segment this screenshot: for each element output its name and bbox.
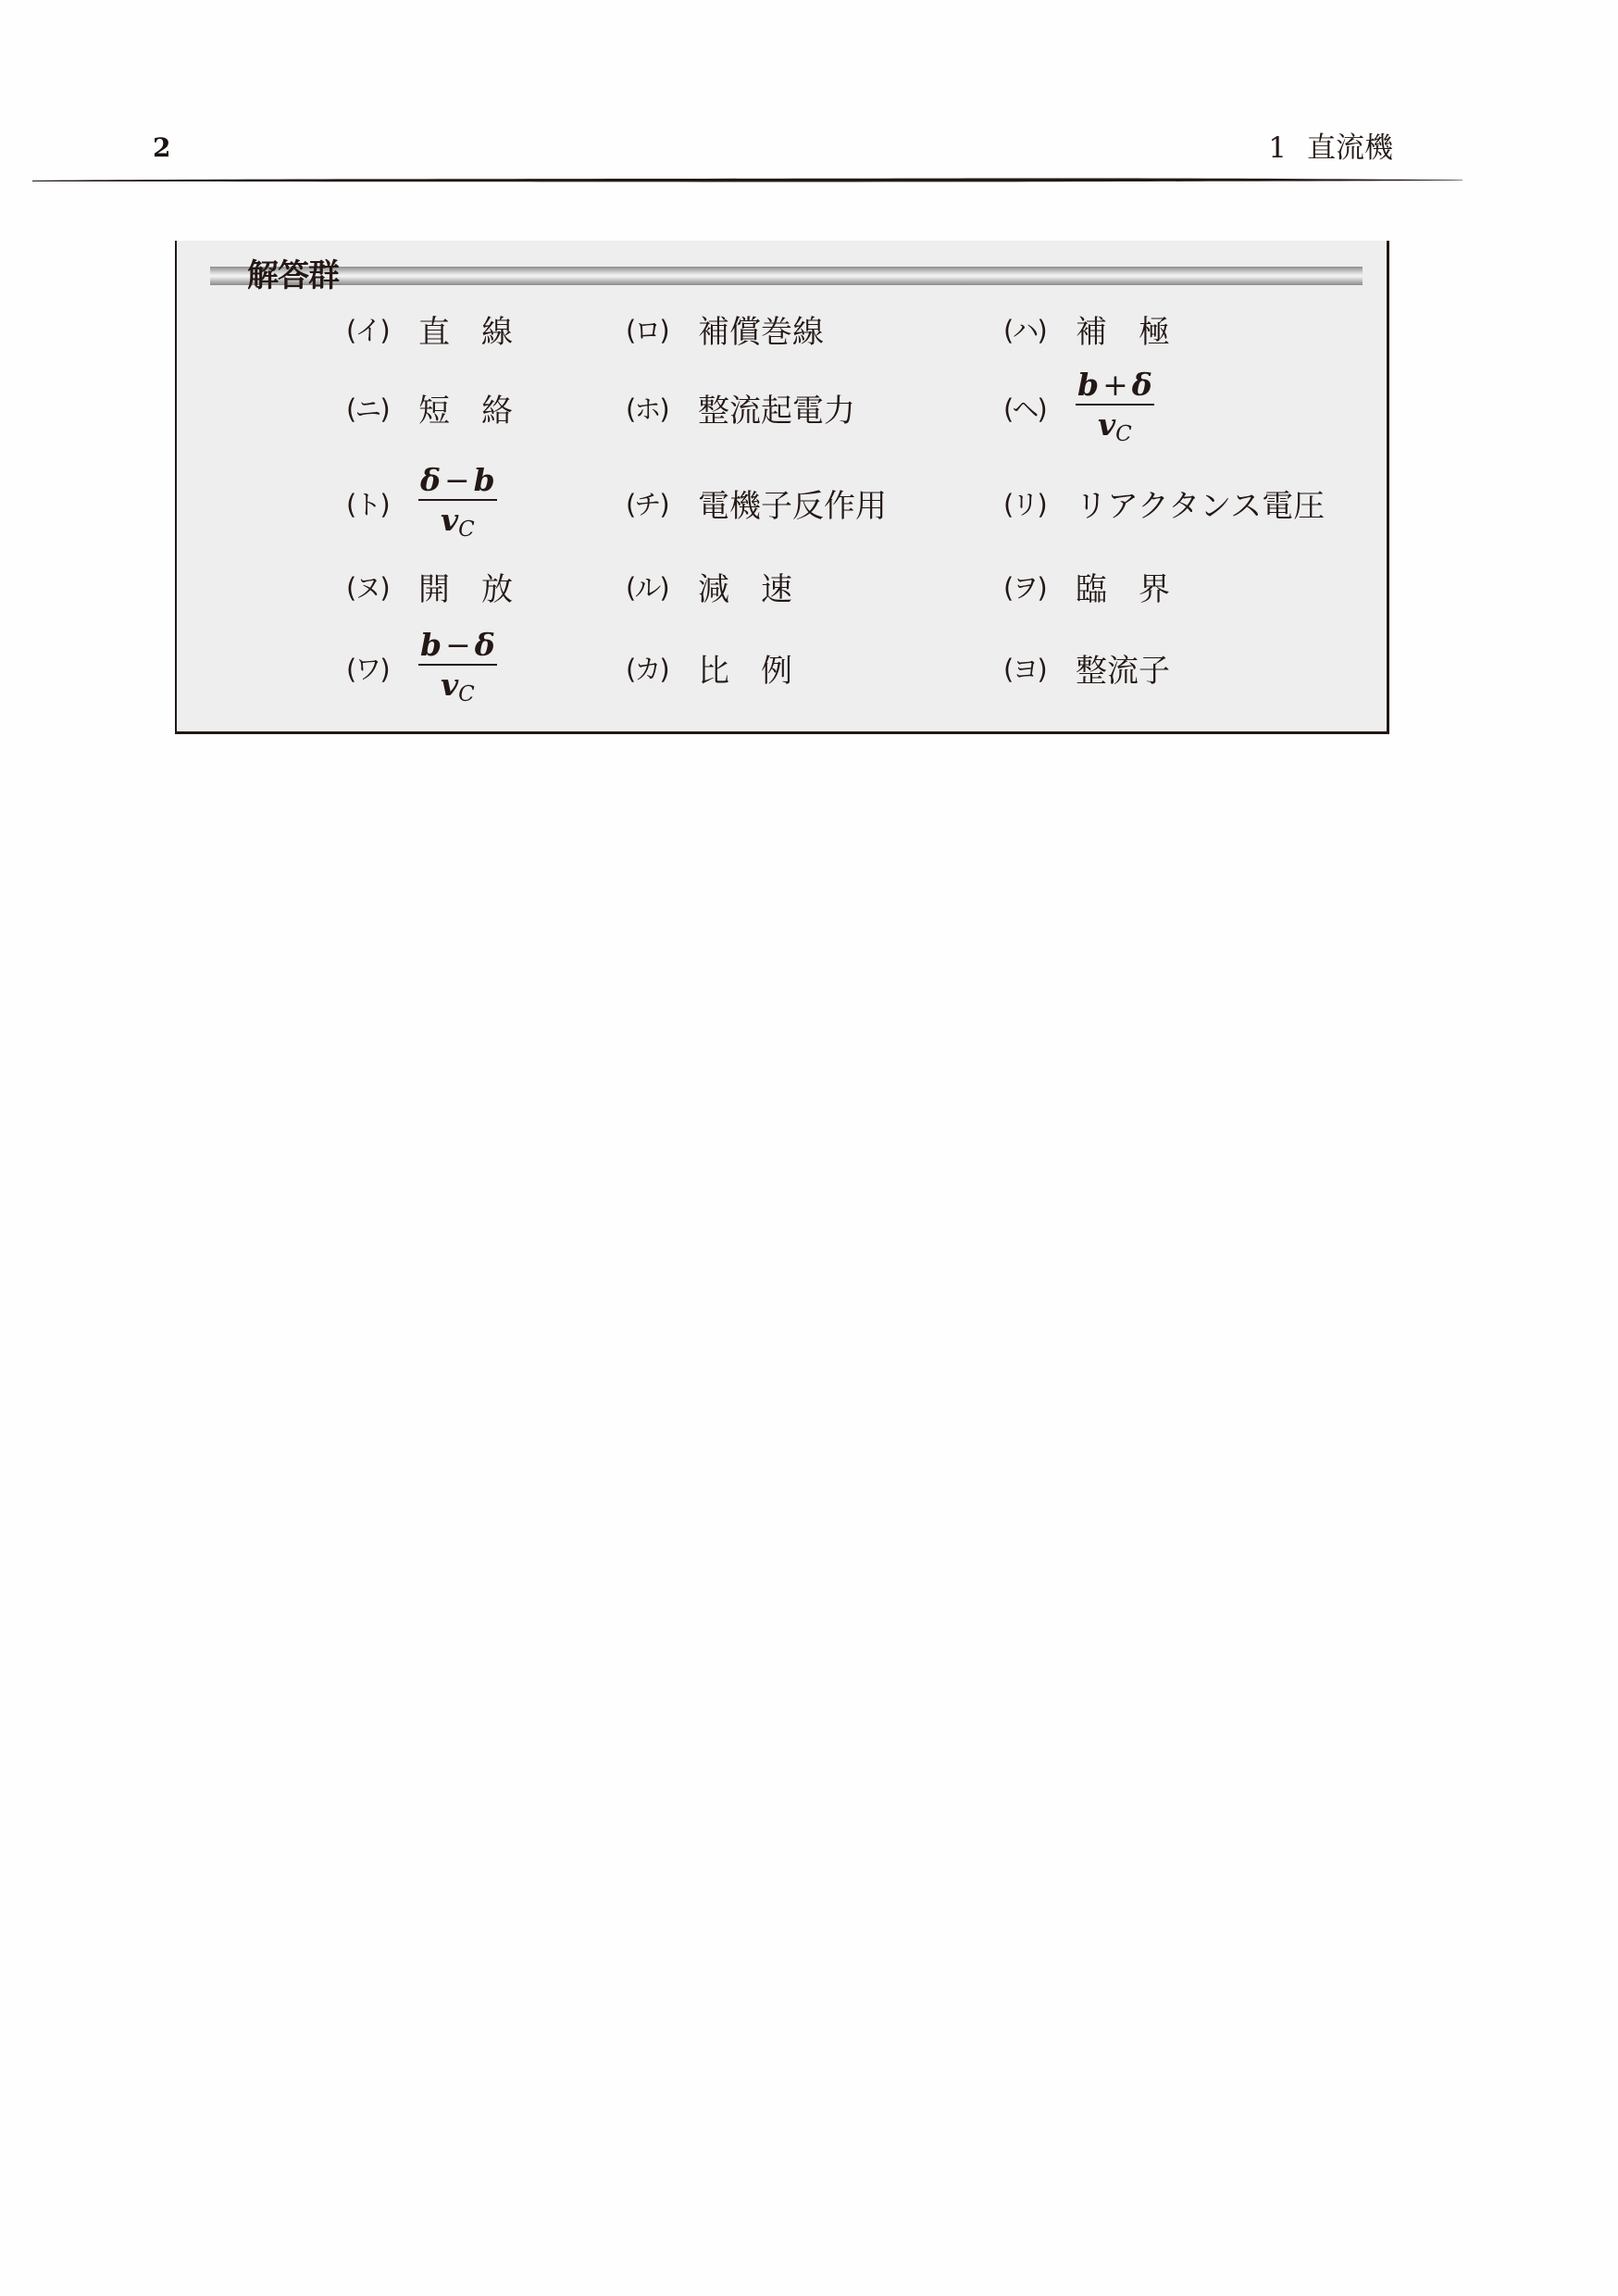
item-term: 開 放: [418, 564, 513, 609]
answer-item-ni: (ニ) 短 絡: [346, 380, 513, 435]
item-label: (ヌ): [346, 568, 418, 605]
fraction-denominator: vC: [441, 666, 475, 705]
answer-item-ka: (カ) 比 例: [626, 640, 792, 695]
item-label: (ロ): [626, 310, 698, 348]
item-term: 比 例: [698, 645, 792, 691]
fraction-numerator: δ−b: [418, 465, 497, 501]
item-label: (リ): [1003, 484, 1076, 522]
item-label: (ニ): [346, 389, 418, 427]
running-head: 1直流機: [1268, 130, 1393, 167]
fraction-formula: b−δ vC: [418, 630, 497, 705]
header-brush-rule: [32, 176, 1462, 183]
answer-group-header: 解答群: [210, 267, 1363, 285]
chapter-number: 1: [1268, 131, 1287, 165]
item-label: (ル): [626, 568, 698, 605]
item-term: 電機子反作用: [698, 480, 887, 526]
item-term: 減 速: [698, 564, 792, 609]
answer-item-yo: (ヨ) 整流子: [1003, 640, 1170, 695]
item-term: 整流起電力: [698, 385, 855, 430]
item-label: (ヨ): [1003, 649, 1076, 687]
page-number: 2: [153, 131, 170, 165]
fraction-numerator: b−δ: [418, 630, 497, 666]
answer-item-ro: (ロ) 補償巻線: [626, 301, 824, 356]
answer-item-ha: (ハ) 補 極: [1003, 301, 1170, 356]
header-gradient-bar: [210, 267, 1363, 285]
answer-item-nu: (ヌ) 開 放: [346, 558, 513, 614]
answer-item-chi: (チ) 電機子反作用: [626, 475, 887, 530]
fraction-formula: b+δ vC: [1076, 369, 1154, 445]
answer-item-ho: (ホ) 整流起電力: [626, 380, 855, 435]
item-label: (カ): [626, 649, 698, 687]
item-term: 補 極: [1076, 306, 1170, 352]
fraction-formula: δ−b vC: [418, 465, 497, 541]
fraction-denominator: vC: [1098, 406, 1132, 445]
item-label: (ホ): [626, 389, 698, 427]
answer-item-ru: (ル) 減 速: [626, 558, 792, 614]
answer-item-he: (ヘ) b+δ vC: [1003, 370, 1154, 444]
item-label: (ハ): [1003, 310, 1076, 348]
item-term: リアクタンス電圧: [1076, 480, 1325, 526]
answer-item-i: (イ) 直 線: [346, 301, 513, 356]
answer-group-box: 解答群 (イ) 直 線 (ロ) 補償巻線 (ハ) 補 極 (ニ) 短 絡 (ホ)…: [175, 241, 1389, 734]
item-label: (ヘ): [1003, 389, 1076, 427]
item-term: 短 絡: [418, 385, 513, 430]
item-label: (ワ): [346, 649, 418, 687]
answer-item-wa: (ワ) b−δ vC: [346, 630, 497, 705]
item-term: 整流子: [1076, 645, 1170, 691]
answer-item-ri: (リ) リアクタンス電圧: [1003, 475, 1325, 530]
answer-group-title: 解答群: [247, 257, 339, 294]
fraction-numerator: b+δ: [1076, 369, 1154, 406]
chapter-title: 直流機: [1307, 131, 1393, 165]
answer-item-to: (ト) δ−b vC: [346, 466, 497, 540]
item-label: (ト): [346, 484, 418, 522]
item-label: (イ): [346, 310, 418, 348]
item-term: 補償巻線: [698, 306, 824, 352]
item-term: 直 線: [418, 306, 513, 352]
item-term: 臨 界: [1076, 564, 1170, 609]
item-label: (ヲ): [1003, 568, 1076, 605]
answer-item-wo: (ヲ) 臨 界: [1003, 558, 1170, 614]
fraction-denominator: vC: [441, 501, 475, 541]
item-label: (チ): [626, 484, 698, 522]
